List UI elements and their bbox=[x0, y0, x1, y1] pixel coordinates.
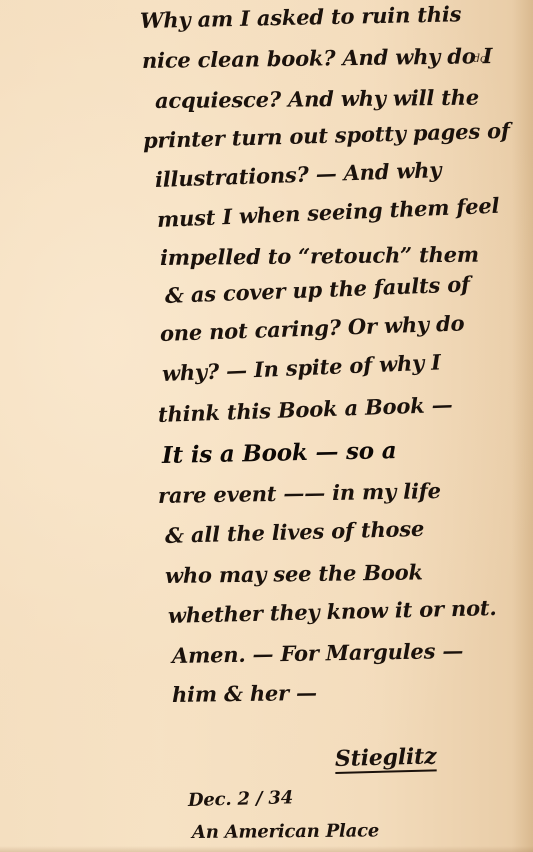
text-line-14: & all the lives of those bbox=[165, 516, 425, 548]
text-line-18: him & her — bbox=[172, 680, 317, 707]
text-line-13: rare event —— in my life bbox=[158, 478, 441, 508]
text-line-10: why? — In spite of why I bbox=[161, 349, 441, 386]
place: An American Place bbox=[192, 820, 379, 843]
text-line-8: & as cover up the faults of bbox=[165, 271, 471, 308]
date: Dec. 2 / 34 bbox=[188, 787, 294, 811]
text-line-7: impelled to “retouch” them bbox=[160, 242, 479, 270]
text-line-1: Why am I asked to ruin this bbox=[140, 1, 462, 33]
text-line-4: printer turn out spotty pages of bbox=[143, 118, 510, 153]
text-line-17: Amen. — For Margules — bbox=[172, 638, 464, 668]
text-line-6: must I when seeing them feel bbox=[156, 193, 499, 232]
text-line-15: who may see the Book bbox=[165, 559, 423, 588]
text-line-9: one not caring? Or why do bbox=[160, 310, 465, 346]
text-line-3: acquiesce? And why will the bbox=[155, 85, 479, 113]
text-line-16: whether they know it or not. bbox=[168, 595, 497, 628]
text-line-5: illustrations? — And why bbox=[155, 157, 442, 192]
manuscript-page: Why am I asked to ruin this do nice clea… bbox=[0, 0, 533, 852]
text-line-11: think this Book a Book — bbox=[158, 392, 453, 427]
text-line-12: It is a Book — so a bbox=[162, 437, 397, 469]
text-line-2: nice clean book? And why do I bbox=[142, 43, 493, 73]
signature: Stieglitz bbox=[335, 743, 437, 772]
